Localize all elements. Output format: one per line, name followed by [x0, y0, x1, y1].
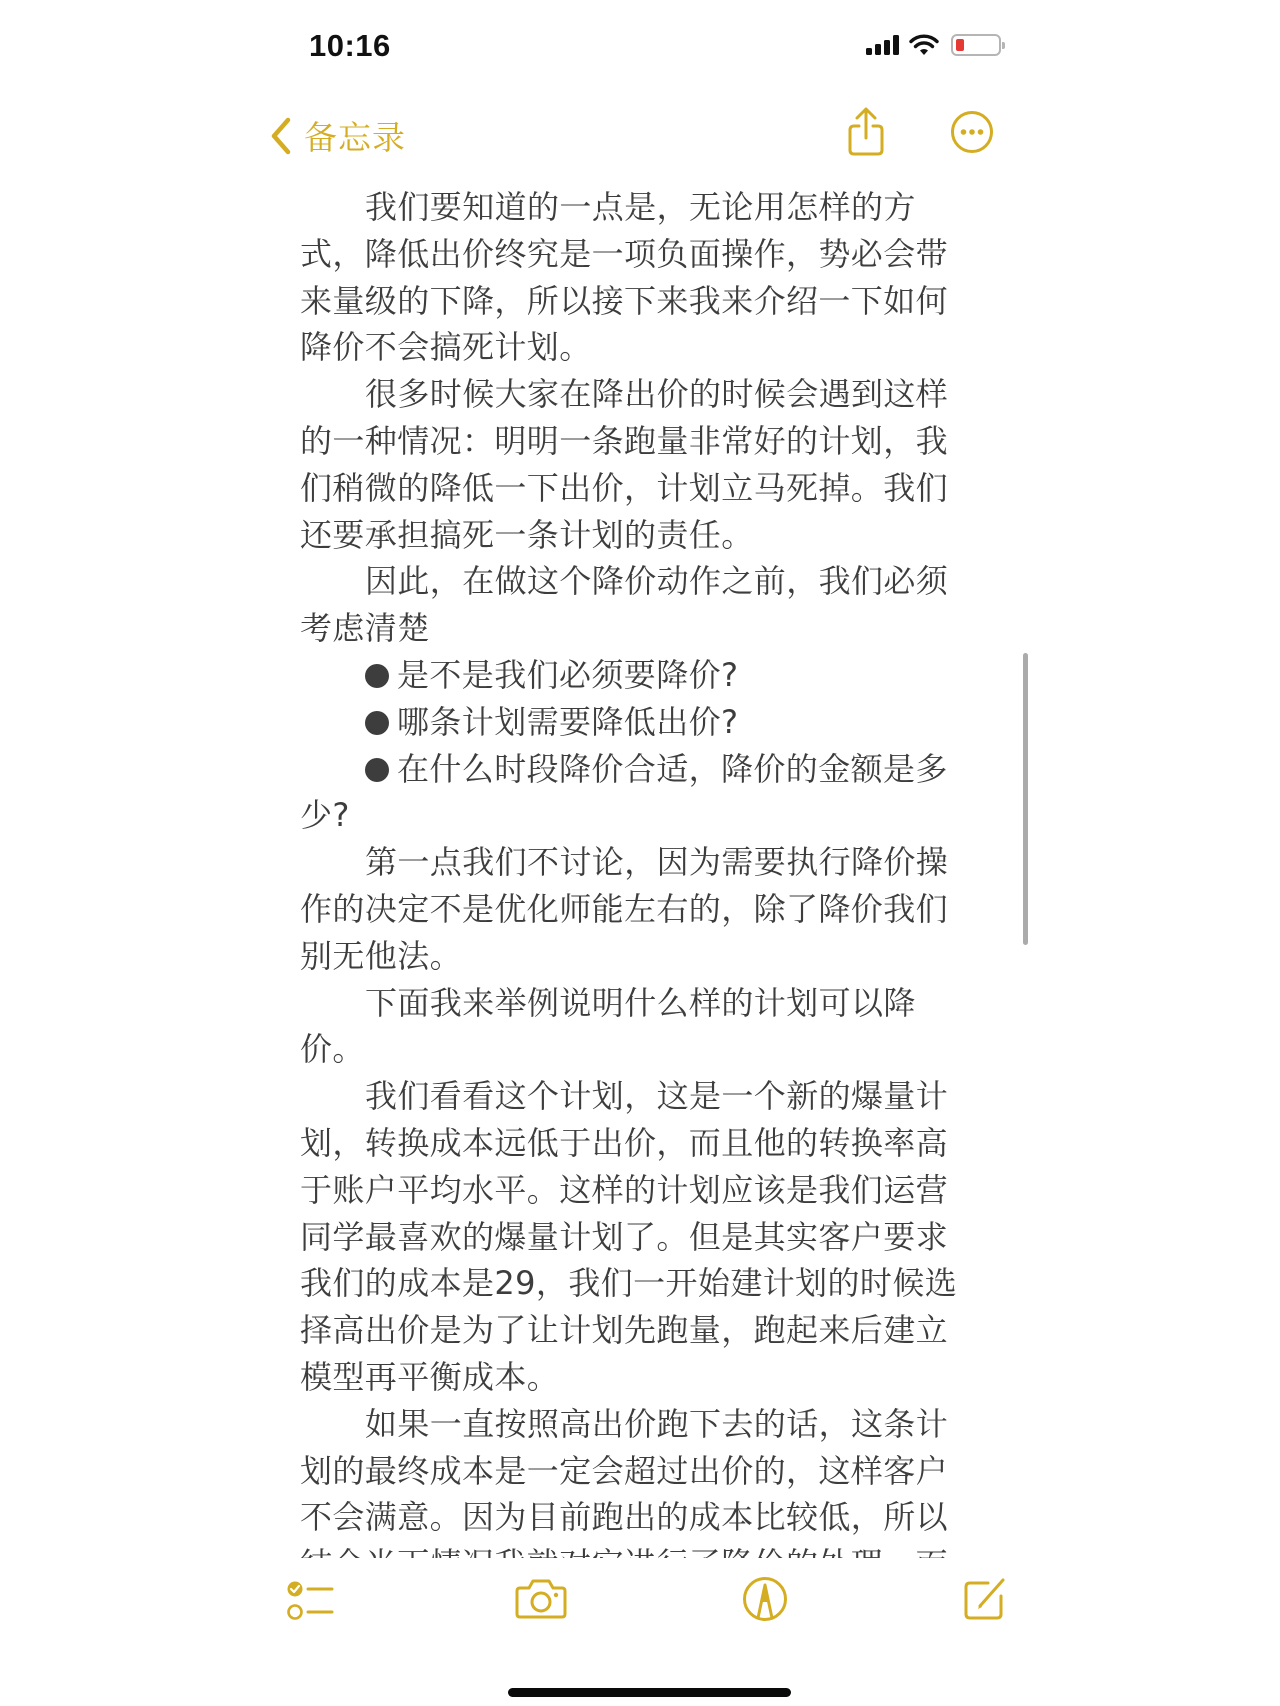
bullet-text: 哪条计划需要降低出价? — [397, 703, 738, 741]
note-paragraph: 第一点我们不讨论，因为需要执行降价操作的决定不是优化师能左右的，除了降价我们别无… — [300, 839, 980, 979]
bullet-text: 在什么时段降价合适，降价的金额是多少? — [300, 750, 948, 835]
home-indicator[interactable] — [508, 1688, 791, 1697]
bullet-text: 是不是我们必须要降价? — [397, 656, 738, 694]
status-bar: 10:16 — [0, 0, 1280, 90]
note-body[interactable]: 我们要知道的一点是，无论用怎样的方式，降低出价终究是一项负面操作，势必会带来量级… — [300, 184, 980, 1560]
nav-bar: 备忘录 — [0, 100, 1280, 172]
cellular-signal-icon — [866, 35, 899, 55]
bullet-dot-icon — [365, 664, 389, 688]
bullet-dot-icon — [365, 711, 389, 735]
bullet-item: 在什么时段降价合适，降价的金额是多少? — [300, 746, 980, 840]
markup-button[interactable] — [742, 1576, 788, 1626]
camera-icon — [514, 1578, 568, 1620]
markup-icon — [742, 1576, 788, 1622]
more-icon — [950, 110, 994, 154]
checklist-icon — [286, 1580, 336, 1622]
note-paragraph: 我们要知道的一点是，无论用怎样的方式，降低出价终究是一项负面操作，势必会带来量级… — [300, 184, 980, 371]
bullet-item: 是不是我们必须要降价? — [300, 652, 980, 699]
note-paragraph: 我们看看这个计划，这是一个新的爆量计划，转换成本远低于出价，而且他的转换率高于账… — [300, 1073, 980, 1401]
back-label: 备忘录 — [304, 112, 406, 159]
share-button[interactable] — [846, 106, 886, 160]
more-button[interactable] — [950, 110, 994, 158]
note-paragraph: 因此，在做这个降价动作之前，我们必须考虑清楚 — [300, 558, 980, 652]
status-time: 10:16 — [309, 28, 391, 64]
battery-level — [956, 39, 964, 51]
battery-icon — [951, 34, 1001, 56]
note-paragraph: 很多时候大家在降出价的时候会遇到这样的一种情况：明明一条跑量非常好的计划，我们稍… — [300, 371, 980, 558]
compose-button[interactable] — [962, 1576, 1008, 1626]
chevron-left-icon — [270, 117, 292, 155]
status-icons — [866, 34, 1001, 56]
note-paragraph: 下面我来举例说明什么样的计划可以降价。 — [300, 980, 980, 1074]
compose-icon — [962, 1576, 1008, 1622]
share-icon — [846, 106, 886, 156]
bullet-dot-icon — [365, 758, 389, 782]
bottom-toolbar — [0, 1576, 1280, 1628]
scrollbar[interactable] — [1023, 653, 1028, 945]
checklist-button[interactable] — [286, 1580, 336, 1626]
bullet-item: 哪条计划需要降低出价? — [300, 699, 980, 746]
back-button[interactable]: 备忘录 — [270, 112, 406, 159]
note-paragraph: 如果一直按照高出价跑下去的话，这条计划的最终成本是一定会超过出价的，这样客户不会… — [300, 1401, 980, 1560]
wifi-icon — [909, 34, 939, 56]
camera-button[interactable] — [514, 1578, 568, 1624]
